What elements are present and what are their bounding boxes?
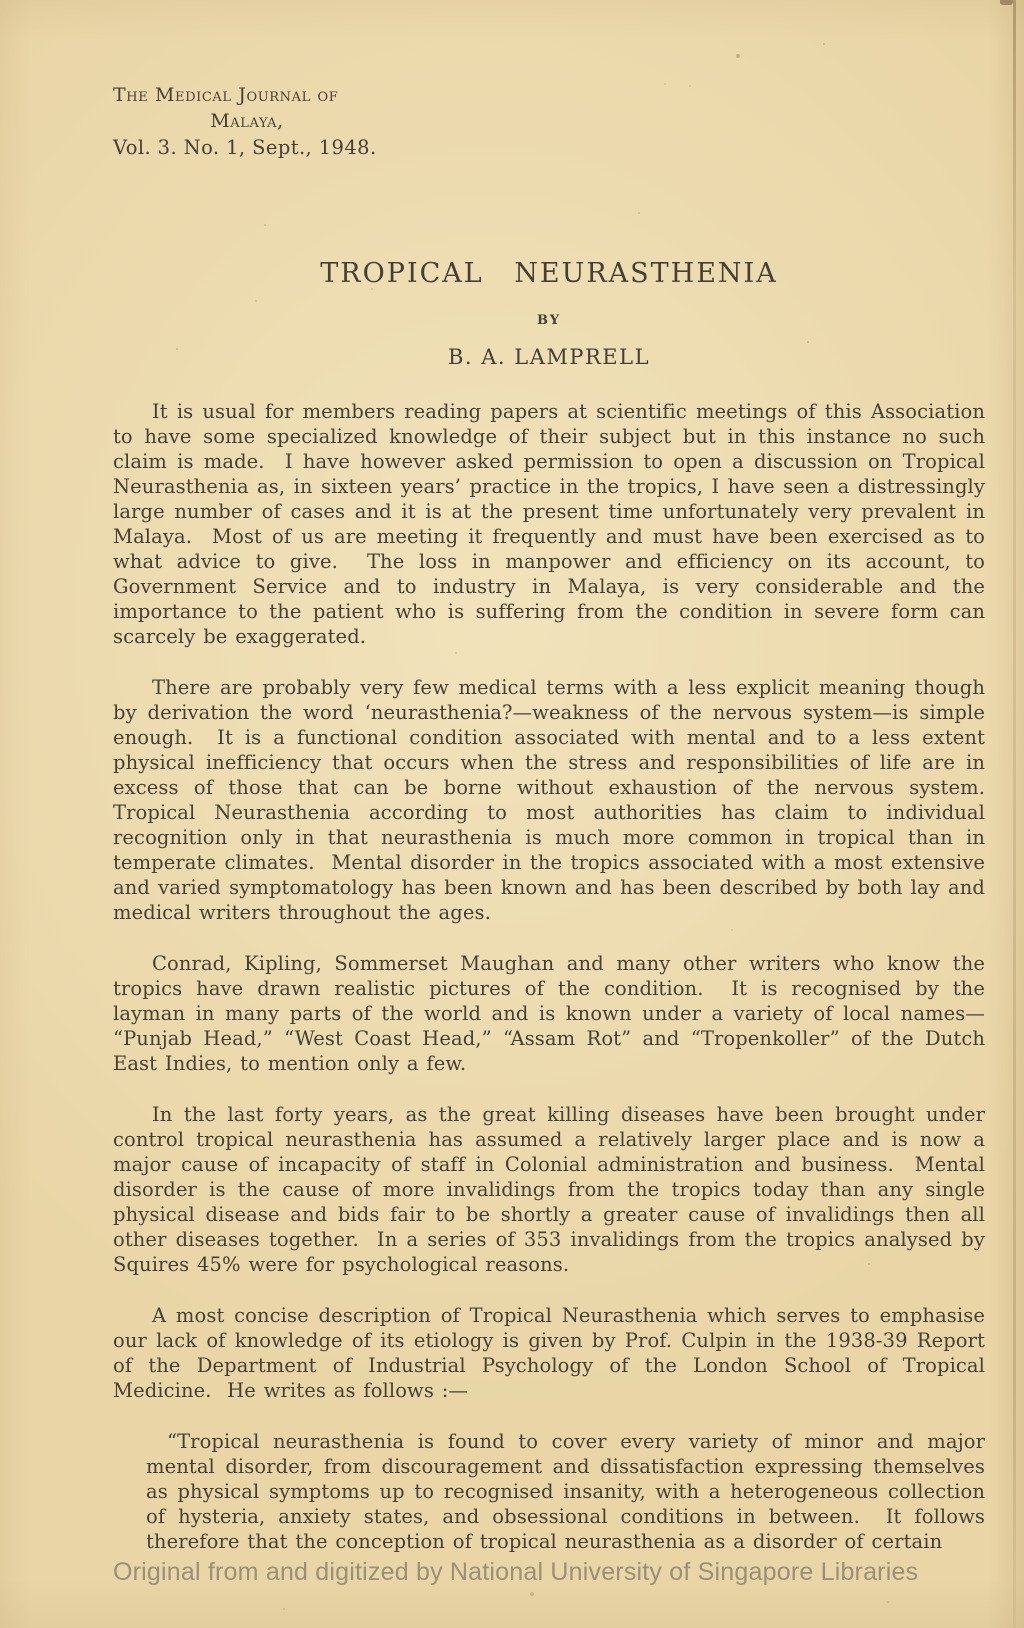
paragraph-5: A most concise description of Tropical N… [113,1303,985,1403]
paragraph-3: Conrad, Kipling, Sommerset Maughan and m… [113,951,985,1076]
scanned-journal-page: The Medical Journal of Malaya, Vol. 3. N… [0,0,1024,1628]
journal-title-line1: The Medical Journal of [113,82,381,108]
article-title-block: TROPICAL NEURASTHENIA BY B. A. LAMPRELL [113,258,985,369]
journal-volume-line: Vol. 3. No. 1, Sept., 1948. [113,135,381,161]
journal-header: The Medical Journal of Malaya, Vol. 3. N… [113,82,381,161]
article-title: TROPICAL NEURASTHENIA [113,258,985,289]
paragraph-4: In the last forty years, as the great ki… [113,1102,985,1277]
quote-paragraph: “Tropical neurasthenia is found to cover… [146,1429,985,1554]
digitization-note: Original from and digitized by National … [113,1558,1013,1587]
byline-label: BY [113,313,985,328]
paper-speckles [0,0,2,2]
paragraph-1: It is usual for members reading papers a… [113,399,985,649]
scan-corner-artifact [1000,0,1013,5]
article-body: It is usual for members reading papers a… [113,399,985,1554]
author-name: B. A. LAMPRELL [113,345,985,369]
journal-title-line2: Malaya, [113,108,381,134]
paragraph-2: There are probably very few medical term… [113,675,985,925]
page-edge-shadow [1013,0,1016,1628]
